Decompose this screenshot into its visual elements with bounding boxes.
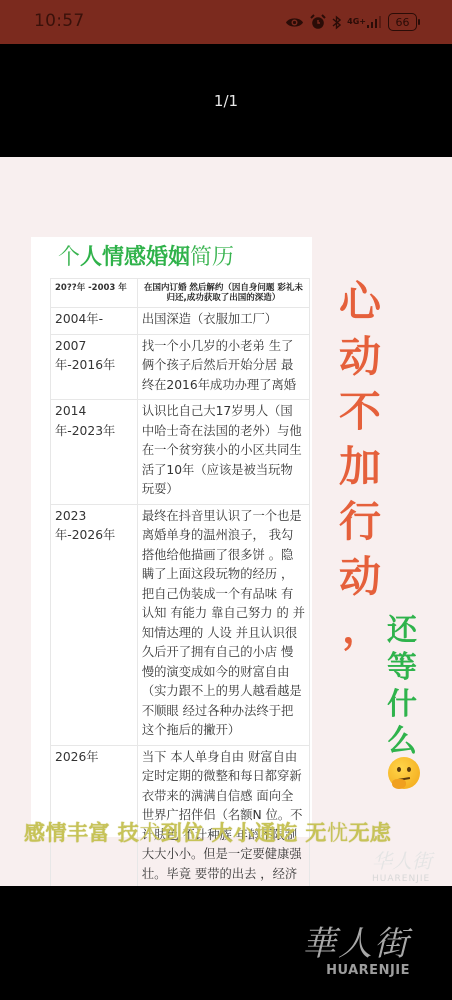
description-cell: 出国深造（衣服加工厂）	[137, 308, 309, 335]
year-cell: 20??年 -2003 年	[51, 279, 138, 308]
description-cell: 当下 本人单身自由 财富自由 定时定期的微整和每日都穿新衣带来的满满自信感 面向…	[137, 745, 309, 886]
4g-signal-icon: 4G+	[347, 15, 382, 29]
image-viewer-header: 1/1	[0, 44, 452, 157]
table-row: 2026年 当下 本人单身自由 财富自由 定时定期的微整和每日都穿新衣带来的满满…	[51, 745, 310, 886]
bottom-banner-text: 感情丰富 技术到位 大小通吃 无忧无虑	[24, 817, 391, 847]
table-row: 2007年-2016年 找一个小几岁的小老弟 生了俩个孩子后然后开始分居 最终在…	[51, 334, 310, 400]
table-row: 2014年-2023年 认识比自己大17岁男人（国中哈士奇在法国的老外）与他在一…	[51, 400, 310, 505]
eye-icon	[285, 16, 304, 29]
table-row: 2023年-2026年 最终在抖音里认识了一个也是离婚单身的温州浪子， 我勾搭他…	[51, 504, 310, 745]
alarm-icon	[310, 14, 326, 30]
watermark-small: 华人街 HUARENJIE	[372, 845, 432, 884]
thinking-face-icon	[388, 757, 420, 789]
table-row: 2004年- 出国深造（衣服加工厂）	[51, 308, 310, 335]
viewer-footer: 華人街 HUARENJIE	[0, 886, 452, 1000]
year-cell: 2014年-2023年	[51, 400, 138, 505]
slogan-vertical: 心 动 不 加 行 动	[334, 274, 386, 604]
year-cell: 2007年-2016年	[51, 334, 138, 400]
slogan-comma: ，	[342, 597, 382, 654]
description-cell: 在国内订婚 然后解约（因自身问题 彩礼未归还,成功获取了出国的深造）	[137, 279, 309, 308]
timeline-table: 20??年 -2003 年 在国内订婚 然后解约（因自身问题 彩礼未归还,成功获…	[50, 278, 310, 886]
sub-slogan-vertical: 还 等 什 么	[385, 612, 419, 760]
huarenjie-logo: 華人街 HUARENJIE	[302, 916, 410, 978]
year-cell: 2004年-	[51, 308, 138, 335]
page-counter: 1/1	[0, 92, 452, 110]
year-cell: 2026年	[51, 745, 138, 886]
battery-indicator: 66	[388, 13, 417, 31]
status-bar: 10:57 4G+ 66	[0, 0, 452, 44]
status-icons: 4G+ 66	[285, 12, 417, 32]
table-row: 20??年 -2003 年 在国内订婚 然后解约（因自身问题 彩礼未归还,成功获…	[51, 279, 310, 308]
document-title: 个人情感婚姻简历	[58, 240, 234, 271]
description-cell: 认识比自己大17岁男人（国中哈士奇在法国的老外）与他在一个贫穷狭小的小区共同生活…	[137, 400, 309, 505]
year-cell: 2023年-2026年	[51, 504, 138, 745]
description-cell: 找一个小几岁的小老弟 生了俩个孩子后然后开始分居 最终在2016年成功办理了离婚	[137, 334, 309, 400]
status-time: 10:57	[34, 11, 85, 31]
description-cell: 最终在抖音里认识了一个也是离婚单身的温州浪子， 我勾搭他给他描画了很多饼 。隐瞒…	[137, 504, 309, 745]
bluetooth-icon	[332, 15, 341, 30]
viewed-image[interactable]: 个人情感婚姻简历 20??年 -2003 年 在国内订婚 然后解约（因自身问题 …	[0, 157, 452, 886]
